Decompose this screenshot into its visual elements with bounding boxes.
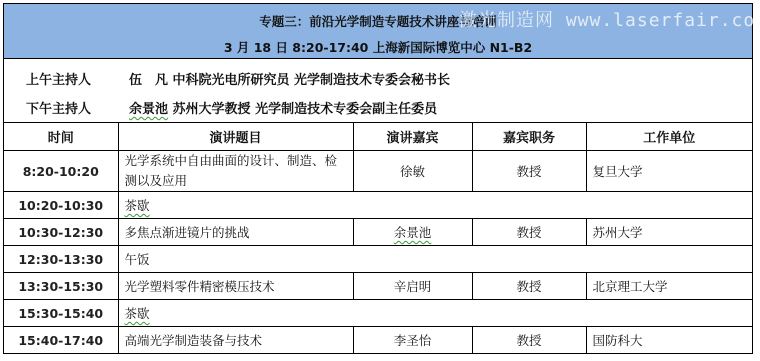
afternoon-host-name: 余景池 xyxy=(129,102,168,117)
morning-host-row: 上午主持人伍 凡 中科院光电所研究员 光学制造技术专委会秘书长 xyxy=(26,69,450,88)
hosts-section: 上午主持人伍 凡 中科院光电所研究员 光学制造技术专委会秘书长 下午主持人余景池… xyxy=(4,59,752,123)
table-row: 15:40-17:40 高端光学制造装备与技术 李圣怡 教授 国防科大 xyxy=(4,327,752,354)
topic-cell: 光学塑料零件精密模压技术 xyxy=(118,273,353,300)
time-cell: 13:30-15:30 xyxy=(4,273,118,300)
header-speaker: 演讲嘉宾 xyxy=(353,123,472,151)
organization-cell: 北京理工大学 xyxy=(586,273,752,300)
break-cell: 茶歇 xyxy=(118,300,752,327)
table-row: 13:30-15:30 光学塑料零件精密模压技术 辛启明 教授 北京理工大学 xyxy=(4,273,752,300)
table-row-break: 12:30-13:30 午饭 xyxy=(4,246,752,273)
table-row: 8:20-10:20 光学系统中自由曲面的设计、制造、检测以及应用 徐敏 教授 … xyxy=(4,151,752,192)
header-speaker-title: 嘉宾职务 xyxy=(472,123,586,151)
afternoon-host-value: 苏州大学教授 光学制造技术专委会副主任委员 xyxy=(168,102,437,117)
speaker-cell: 李圣怡 xyxy=(353,327,472,354)
morning-host-label: 上午主持人 xyxy=(26,69,129,88)
topic-cell: 多焦点渐进镜片的挑战 xyxy=(118,219,353,246)
speaker-title-cell: 教授 xyxy=(472,151,586,192)
header-organization: 工作单位 xyxy=(586,123,752,151)
break-label: 茶歇 xyxy=(125,306,150,321)
break-label: 茶歇 xyxy=(125,198,150,213)
speaker-title-cell: 教授 xyxy=(472,273,586,300)
topic-cell: 光学系统中自由曲面的设计、制造、检测以及应用 xyxy=(118,151,353,192)
session-banner: 专题三：前沿光学制造专题技术讲座与培训 3 月 18 日 8:20-17:40 … xyxy=(4,4,752,59)
time-cell: 15:30-15:40 xyxy=(4,300,118,327)
time-cell: 15:40-17:40 xyxy=(4,327,118,354)
afternoon-host-label: 下午主持人 xyxy=(26,98,129,117)
speaker-cell: 徐敏 xyxy=(353,151,472,192)
schedule-document: 专题三：前沿光学制造专题技术讲座与培训 3 月 18 日 8:20-17:40 … xyxy=(3,3,753,354)
speaker-cell: 余景池 xyxy=(353,219,472,246)
watermark: 激光制造网 www.laserfair.com xyxy=(459,6,760,32)
break-cell: 午饭 xyxy=(118,246,752,273)
speaker-title-cell: 教授 xyxy=(472,219,586,246)
afternoon-host-row: 下午主持人余景池 苏州大学教授 光学制造技术专委会副主任委员 xyxy=(26,98,437,117)
morning-host-value: 伍 凡 中科院光电所研究员 光学制造技术专委会秘书长 xyxy=(129,73,450,88)
time-cell: 10:20-10:30 xyxy=(4,192,118,219)
organization-cell: 苏州大学 xyxy=(586,219,752,246)
speaker-name: 余景池 xyxy=(394,225,432,240)
topic-cell: 高端光学制造装备与技术 xyxy=(118,327,353,354)
time-cell: 10:30-12:30 xyxy=(4,219,118,246)
table-row: 10:30-12:30 多焦点渐进镜片的挑战 余景池 教授 苏州大学 xyxy=(4,219,752,246)
table-header-row: 时间 演讲题目 演讲嘉宾 嘉宾职务 工作单位 xyxy=(4,123,752,151)
speaker-cell: 辛启明 xyxy=(353,273,472,300)
organization-cell: 复旦大学 xyxy=(586,151,752,192)
header-time: 时间 xyxy=(4,123,118,151)
table-row-break: 15:30-15:40 茶歇 xyxy=(4,300,752,327)
table-row-break: 10:20-10:30 茶歇 xyxy=(4,192,752,219)
header-topic: 演讲题目 xyxy=(118,123,353,151)
time-cell: 12:30-13:30 xyxy=(4,246,118,273)
organization-cell: 国防科大 xyxy=(586,327,752,354)
schedule-table: 时间 演讲题目 演讲嘉宾 嘉宾职务 工作单位 8:20-10:20 光学系统中自… xyxy=(4,123,752,353)
speaker-title-cell: 教授 xyxy=(472,327,586,354)
break-cell: 茶歇 xyxy=(118,192,752,219)
session-date-venue: 3 月 18 日 8:20-17:40 上海新国际博览中心 N1-B2 xyxy=(4,38,752,56)
time-cell: 8:20-10:20 xyxy=(4,151,118,192)
